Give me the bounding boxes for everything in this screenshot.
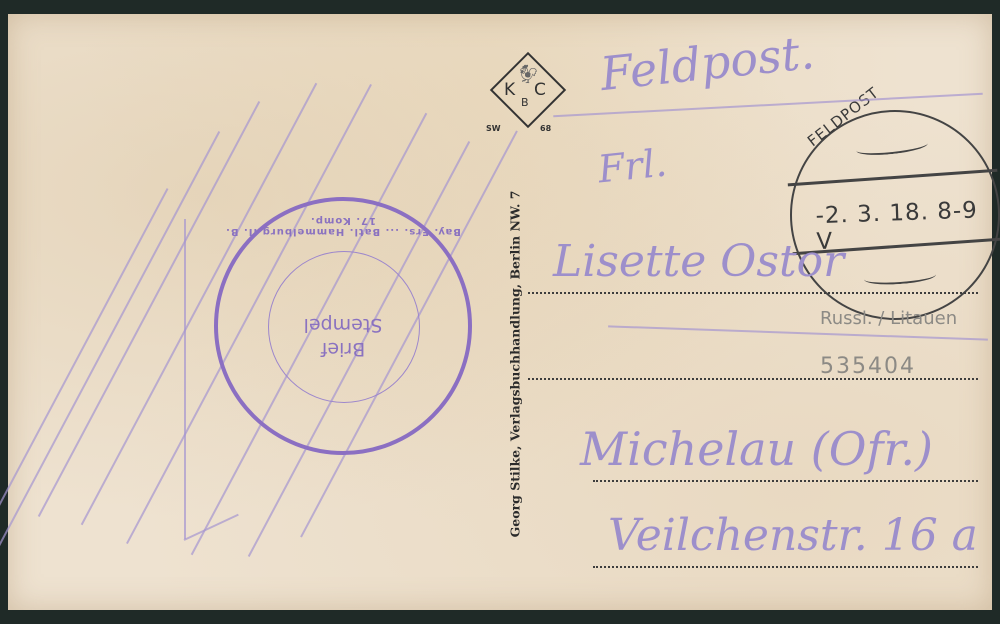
address-line-rule [593,566,978,568]
address-line-name: Lisette Ostor [553,236,844,287]
stamp-ring-text: Bay. Ers. ... Batl. Hammelburg II. B. 17… [218,215,468,237]
logo-caption-right: 68 [540,124,551,133]
address-line-feldpost: Feldpost. [598,25,817,101]
feldpost-postmark: FELDPOST -2. 3. 18. 8-9 V [790,110,1000,320]
address-line-rule [528,292,978,294]
address-line-town: Michelau (Ofr.) [580,422,933,476]
crescent-icon [855,136,928,157]
address-line-rule [593,480,978,482]
pencil-note-number: 535404 [820,354,916,379]
address-line-rule [528,378,978,380]
stamp-center-line2: Stempel [218,313,468,337]
unit-stamp: Brief Stempel Bay. Ers. ... Batl. Hammel… [214,197,472,455]
crescent-icon [864,268,937,287]
publisher-imprint: Georg Stilke, Verlagsbuchhandlung, Berli… [508,191,523,538]
pencil-note-region: Russl. / Litauen [820,308,957,329]
logo-caption-left: SW [486,124,501,133]
stamp-center-line1: Brief [218,337,468,361]
address-line-street: Veilchenstr. 16 a [608,510,978,561]
postcard: 🐓︎ K C B SW 68 Georg Stilke, Verlagsbuch… [8,14,992,610]
publisher-logo: 🐓︎ K C B [490,52,562,124]
address-line-title: Frl. [596,141,669,192]
postmark-label: FELDPOST [804,83,883,150]
